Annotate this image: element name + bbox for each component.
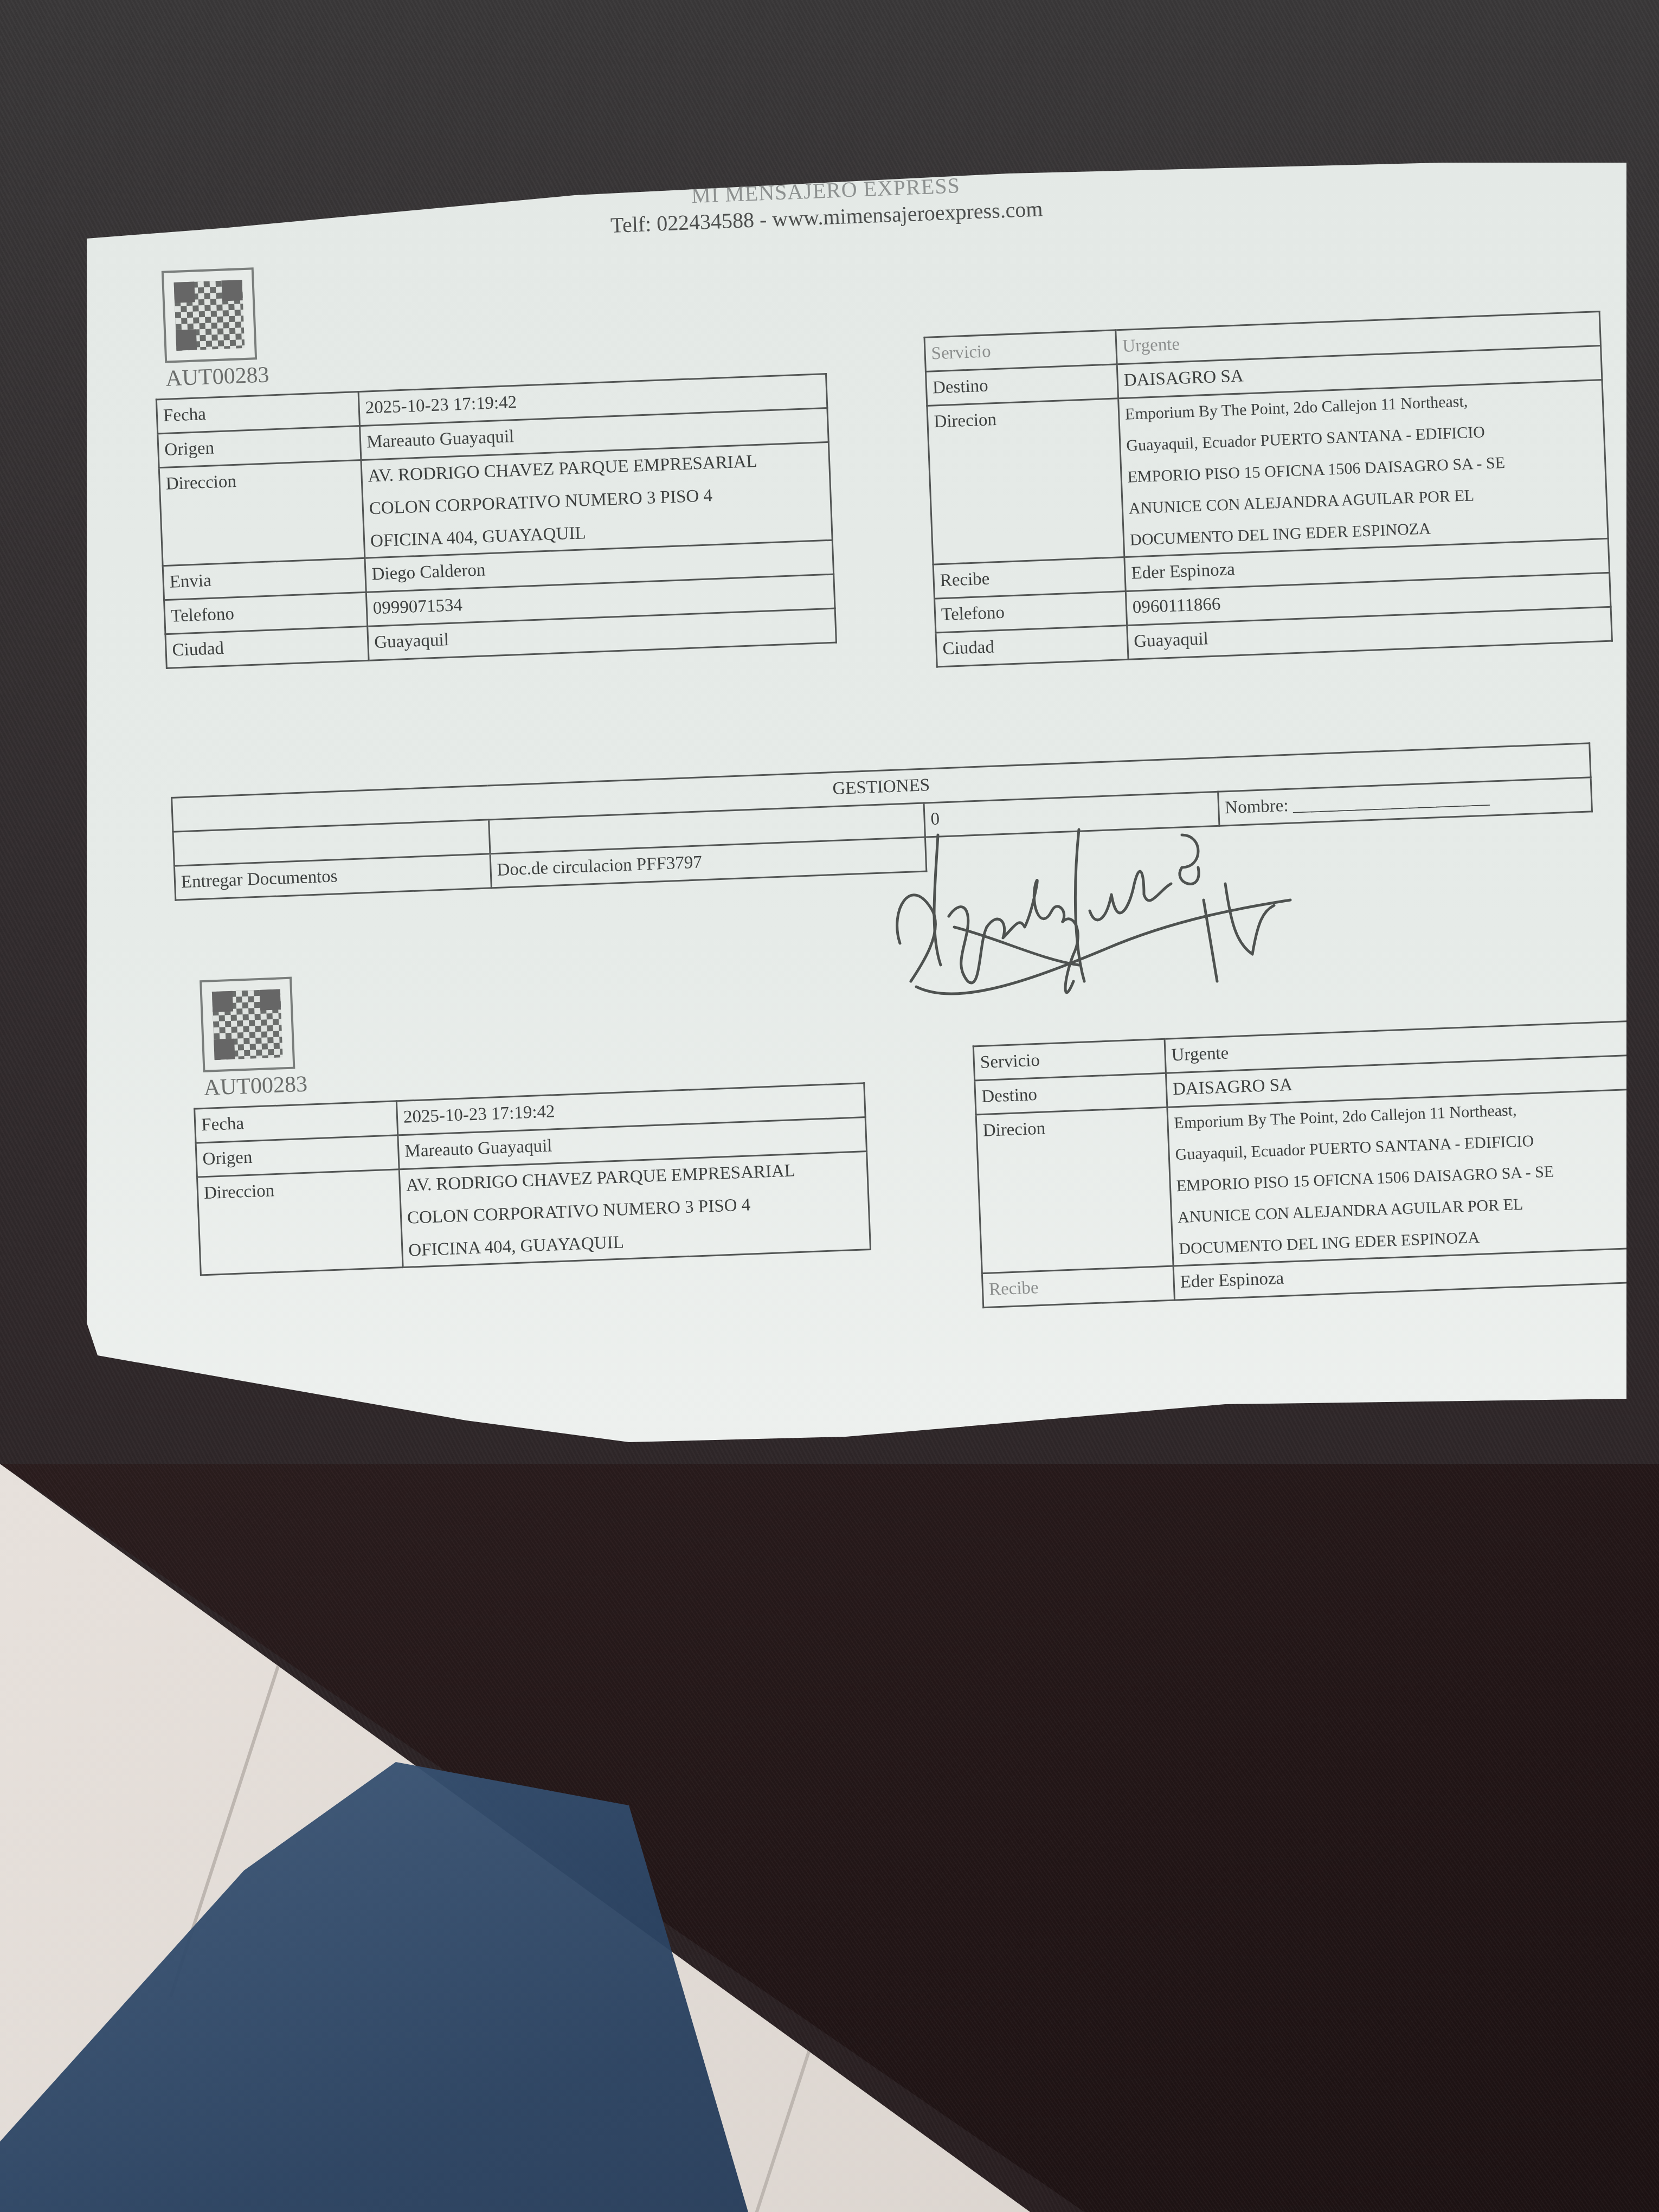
- direcion-value: Emporium By The Point, 2do Callejon 11 N…: [1167, 1089, 1657, 1266]
- recibe-label: Recibe: [982, 1266, 1174, 1308]
- direcion-label: Direcion: [927, 398, 1124, 564]
- qr-code-icon: [200, 977, 295, 1072]
- receipt-content: MI MENSAJERO EXPRESS Telf: 022434588 - w…: [87, 104, 1659, 1441]
- table-row: Direcion Emporium By The Point, 2do Call…: [976, 1089, 1657, 1274]
- handwritten-signature: Alejandra Aguilar: [878, 802, 1312, 1008]
- direccion-value: AV. RODRIGO CHAVEZ PARQUE EMPRESARIAL CO…: [361, 442, 832, 558]
- qr-code-icon: [162, 267, 257, 363]
- table-row: Direcion Emporium By The Point, 2do Call…: [927, 380, 1608, 565]
- direccion-label: Direccion: [197, 1169, 403, 1275]
- direcion-label: Direcion: [976, 1107, 1173, 1273]
- direccion-label: Direccion: [159, 460, 365, 565]
- recipient-table: Servicio Urgente Destino DAISAGRO SA Dir…: [923, 311, 1613, 667]
- ciudad-label: Ciudad: [936, 625, 1128, 667]
- guide-code: AUT00283: [203, 1071, 308, 1101]
- direcion-value: Emporium By The Point, 2do Callejon 11 N…: [1118, 380, 1609, 557]
- direccion-value: AV. RODRIGO CHAVEZ PARQUE EMPRESARIAL CO…: [399, 1152, 870, 1268]
- guide-code: AUT00283: [165, 362, 269, 391]
- sender-table: Fecha 2025-10-23 17:19:42 Origen Mareaut…: [194, 1082, 871, 1276]
- delivery-receipt-paper: MI MENSAJERO EXPRESS Telf: 022434588 - w…: [87, 163, 1626, 1442]
- sender-table: Fecha 2025-10-23 17:19:42 Origen Mareaut…: [156, 373, 837, 669]
- recipient-table: Servicio Urgente Destino DAISAGRO SA Dir…: [973, 1020, 1659, 1309]
- ciudad-label: Ciudad: [165, 626, 369, 668]
